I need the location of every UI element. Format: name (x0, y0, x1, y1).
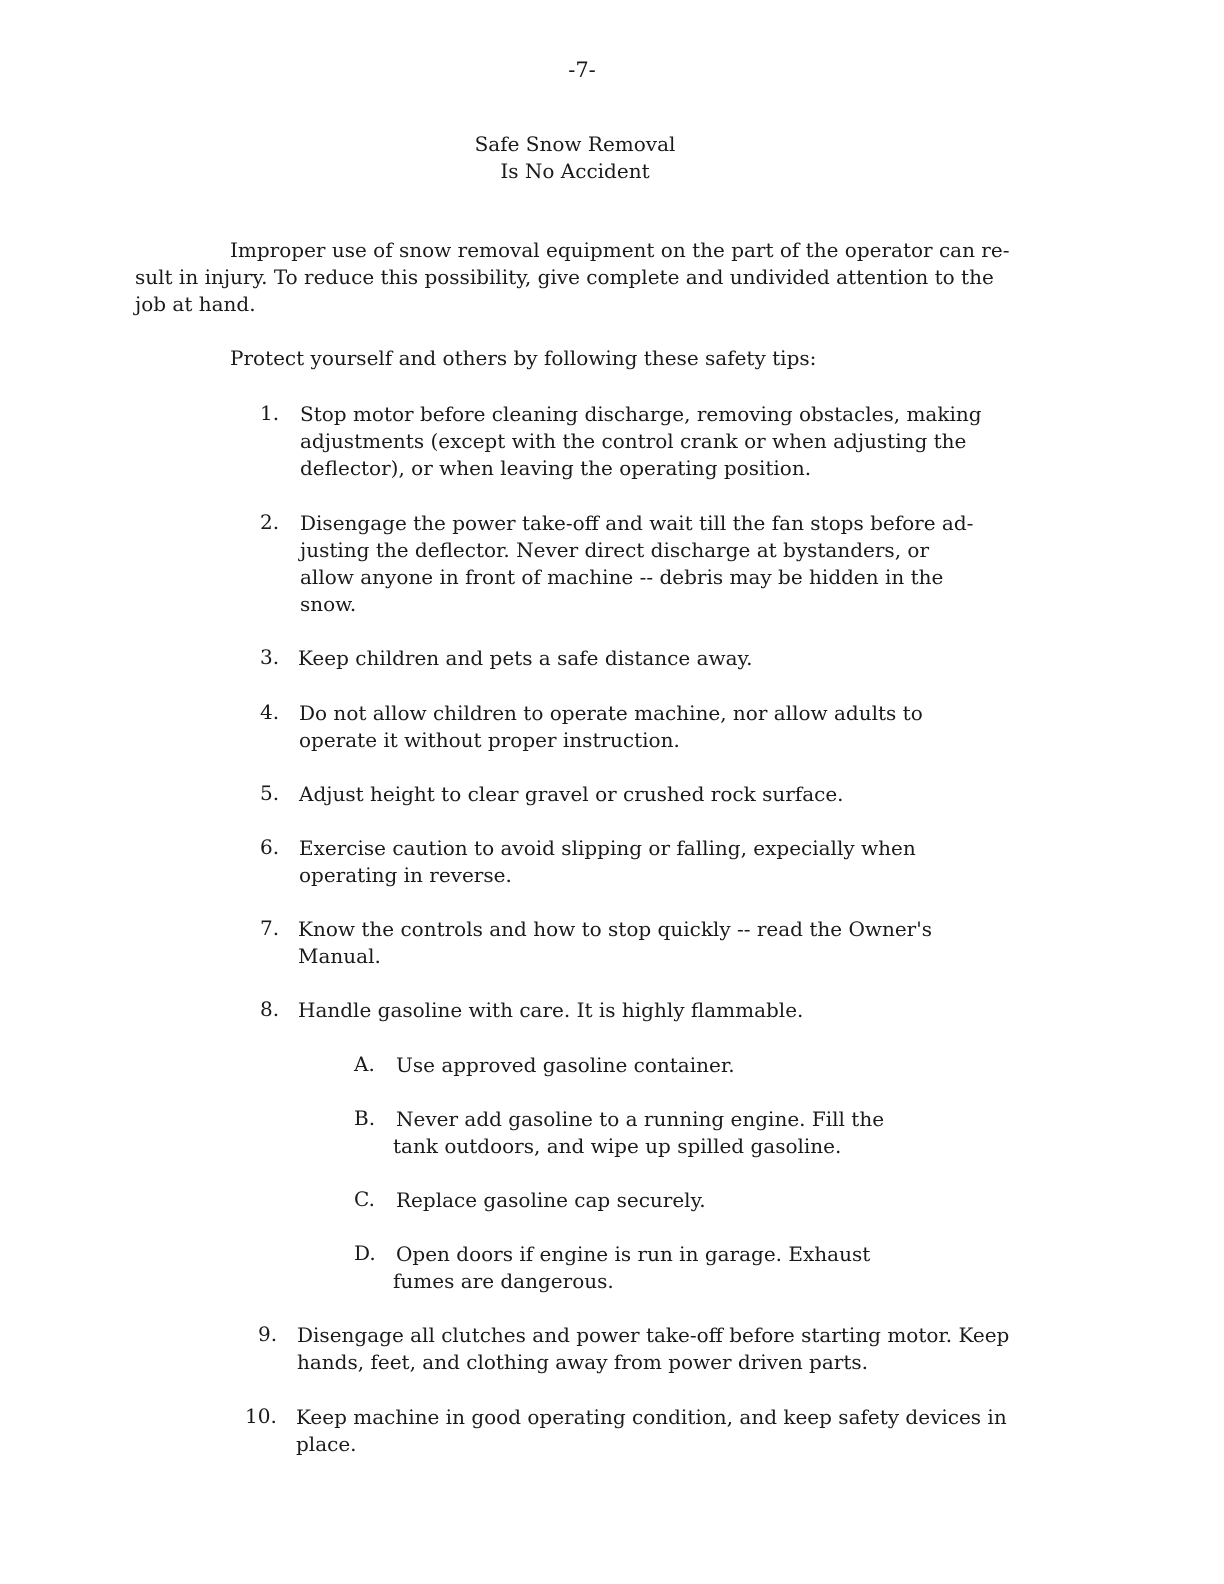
sub-item-line: Replace gasoline cap securely. (396, 1187, 706, 1214)
sub-item-letter: A. (354, 1052, 375, 1076)
sub-item-letter: B. (354, 1106, 375, 1130)
item-number: 9. (258, 1322, 277, 1346)
item-line: allow anyone in front of machine -- debr… (300, 564, 943, 591)
sub-item-line: fumes are dangerous. (393, 1268, 614, 1295)
sub-item-line: Use approved gasoline container. (396, 1052, 735, 1079)
sub-item-letter: C. (354, 1187, 375, 1211)
page-number: -7- (0, 58, 1164, 82)
item-line: Disengage the power take-off and wait ti… (300, 510, 973, 537)
item-line: Do not allow children to operate machine… (299, 700, 923, 727)
item-line: Adjust height to clear gravel or crushed… (299, 781, 844, 808)
sub-item-line: Never add gasoline to a running engine. … (396, 1106, 884, 1133)
item-line: Keep children and pets a safe distance a… (298, 645, 753, 672)
lead-sentence: Protect yourself and others by following… (230, 346, 816, 370)
item-line: justing the deflector. Never direct disc… (300, 537, 929, 564)
item-number: 5. (260, 781, 279, 805)
item-line: adjustments (except with the control cra… (300, 428, 966, 455)
item-line: Exercise caution to avoid slipping or fa… (299, 835, 916, 862)
item-number: 6. (260, 835, 279, 859)
item-line: Know the controls and how to stop quickl… (298, 916, 932, 943)
item-number: 8. (260, 997, 279, 1021)
item-line: operate it without proper instruction. (299, 727, 680, 754)
item-line: place. (296, 1431, 357, 1458)
item-number: 1. (260, 401, 279, 425)
item-number: 7. (260, 916, 279, 940)
document-title-line-2: Is No Accident (0, 159, 1150, 183)
item-line: Disengage all clutches and power take-of… (297, 1322, 1009, 1349)
item-number: 10. (245, 1404, 277, 1428)
sub-item-line: tank outdoors, and wipe up spilled gasol… (393, 1133, 841, 1160)
item-number: 4. (260, 700, 279, 724)
sub-item-letter: D. (354, 1241, 376, 1265)
item-line: Keep machine in good operating condition… (296, 1404, 1007, 1431)
item-number: 3. (260, 645, 279, 669)
item-line: deflector), or when leaving the operatin… (300, 455, 811, 482)
item-line: hands, feet, and clothing away from powe… (297, 1349, 868, 1376)
item-line: snow. (300, 591, 356, 618)
intro-line: job at hand. (135, 292, 256, 316)
item-line: operating in reverse. (299, 862, 512, 889)
document-title-line-1: Safe Snow Removal (0, 132, 1150, 156)
intro-line: Improper use of snow removal equipment o… (230, 238, 1009, 262)
item-line: Handle gasoline with care. It is highly … (298, 997, 803, 1024)
sub-item-line: Open doors if engine is run in garage. E… (396, 1241, 870, 1268)
item-number: 2. (260, 510, 279, 534)
item-line: Stop motor before cleaning discharge, re… (300, 401, 982, 428)
intro-line: sult in injury. To reduce this possibili… (135, 265, 994, 289)
item-line: Manual. (298, 943, 381, 970)
